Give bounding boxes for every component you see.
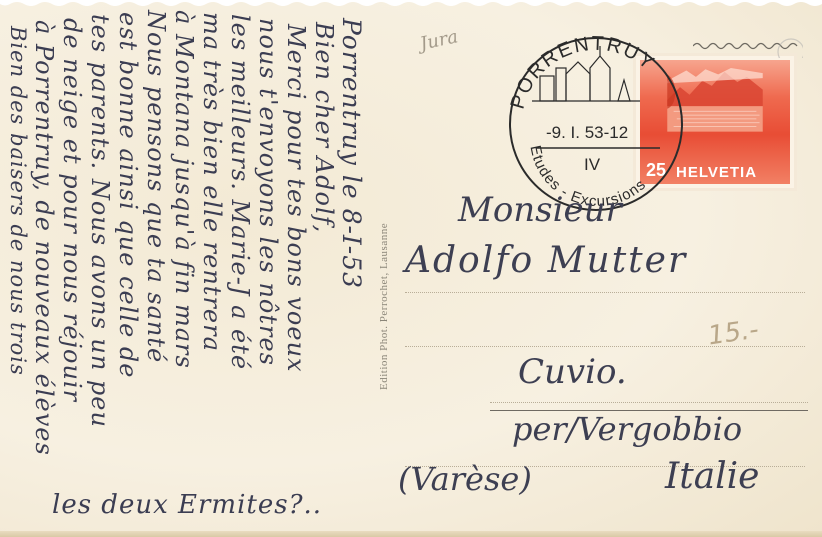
message-line: de neige et pour nous réjouir [58, 18, 86, 402]
pencil-note: Jura [418, 26, 460, 54]
message-line: tes parents. Nous avons un peu [86, 14, 114, 428]
message-place-date: Porrentruy le 8-I-53 [337, 18, 366, 289]
address-town: Cuvio. [518, 352, 627, 392]
message-line: ma très bien elle rentrera [198, 12, 226, 352]
card-edge [0, 531, 822, 537]
address-name: Adolfo Mutter [405, 240, 687, 281]
address-province: (Varèse) [398, 460, 532, 498]
postcard-back: Porrentruy le 8-I-53 Bien cher Adolf, Me… [0, 0, 822, 537]
address-line [405, 292, 805, 293]
address-via: per/Vergobbio [512, 410, 742, 448]
message-line: à Montana jusqu'à fin mars [170, 10, 198, 369]
postmark-date: -9. I. 53-12 [546, 123, 628, 142]
postmark-town: PORRENTRUY [507, 33, 660, 112]
address-line [405, 346, 805, 347]
message-line: Merci pour tes bons voeux [282, 24, 310, 373]
address-country: Italie [665, 456, 759, 497]
handwritten-message: Porrentruy le 8-I-53 Bien cher Adolf, Me… [0, 0, 390, 537]
message-line: nous t'envoyons les nôtres [254, 18, 282, 366]
address-line [490, 402, 808, 403]
message-line: est bonne ainsi que celle de [114, 12, 142, 378]
message-line: les meilleurs. Marie-J a été [226, 14, 254, 370]
svg-text:PORRENTRUY: PORRENTRUY [507, 33, 660, 112]
message-line: Bien cher Adolf, [310, 22, 338, 233]
postmark-office: IV [584, 155, 601, 174]
publisher-imprint: Edition Phot. Perrochet, Lausanne [378, 223, 390, 390]
message-line: Bien des baisers de nous trois [6, 26, 30, 376]
address-salutation: Monsieur [458, 190, 622, 230]
message-line: Nous pensons que ta santé [142, 10, 170, 363]
message-closing: les deux Ermites?.. [52, 490, 322, 520]
wavy-cancel-lines [693, 38, 803, 58]
message-line: à Porrentruy, de nouveaux élèves [30, 20, 58, 456]
